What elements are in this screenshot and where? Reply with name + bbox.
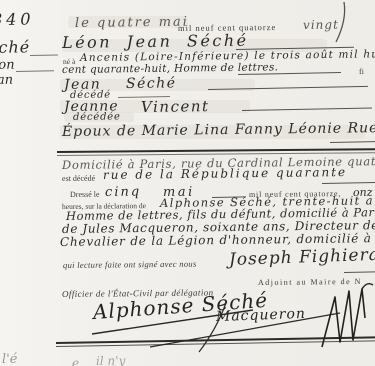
blank-filler-rule: [242, 108, 372, 111]
mother-status: décédée: [73, 111, 121, 123]
printed-adjoint-maire: Adjoint au Maire de N: [258, 277, 362, 287]
next-act-fragment: e: [72, 356, 79, 366]
next-act-fragment: l'é: [2, 352, 18, 366]
death-certificate-scan: 840 Séché Léon Jean le quatre mai mil ne…: [0, 0, 375, 366]
margin-deceased-surname: Séché: [0, 37, 30, 57]
drawn-day-handwritten: cinq: [105, 185, 141, 200]
margin-deceased-given2: Jean: [0, 73, 13, 88]
printed-closing: qui lecture faite ont signé avec nous: [63, 259, 197, 270]
blank-filler-rule: [344, 271, 375, 273]
fighiera-paraph-hook: [362, 284, 373, 289]
deceased-name: Léon Jean Séché: [62, 31, 249, 52]
death-date-handwritten: le quatre mai: [75, 15, 189, 31]
margin-deceased-given1: Léon: [0, 58, 15, 73]
blank-filler-rule: [322, 182, 375, 184]
signature-macqueron: Macqueron: [216, 306, 306, 325]
printed-est-decede: est décédé: [62, 174, 95, 183]
father-surname: Séché: [126, 75, 177, 92]
margin-act-number: 840: [0, 9, 35, 29]
death-time-handwritten: vingt: [303, 18, 339, 32]
blank-filler-rule: [330, 141, 375, 143]
margin-underline: [30, 54, 58, 56]
mother-surname: Vincent: [141, 97, 210, 116]
printed-dresse-le: Dressé le: [70, 190, 100, 199]
printed-fils-fragment: fi: [359, 67, 364, 76]
officiant-name-handwritten: Joseph Fighiera: [229, 245, 375, 270]
margin-underline: [16, 70, 54, 72]
death-place-handwritten: rue de la République quarante: [103, 165, 347, 182]
next-act-fragment: il n'y: [96, 354, 125, 366]
